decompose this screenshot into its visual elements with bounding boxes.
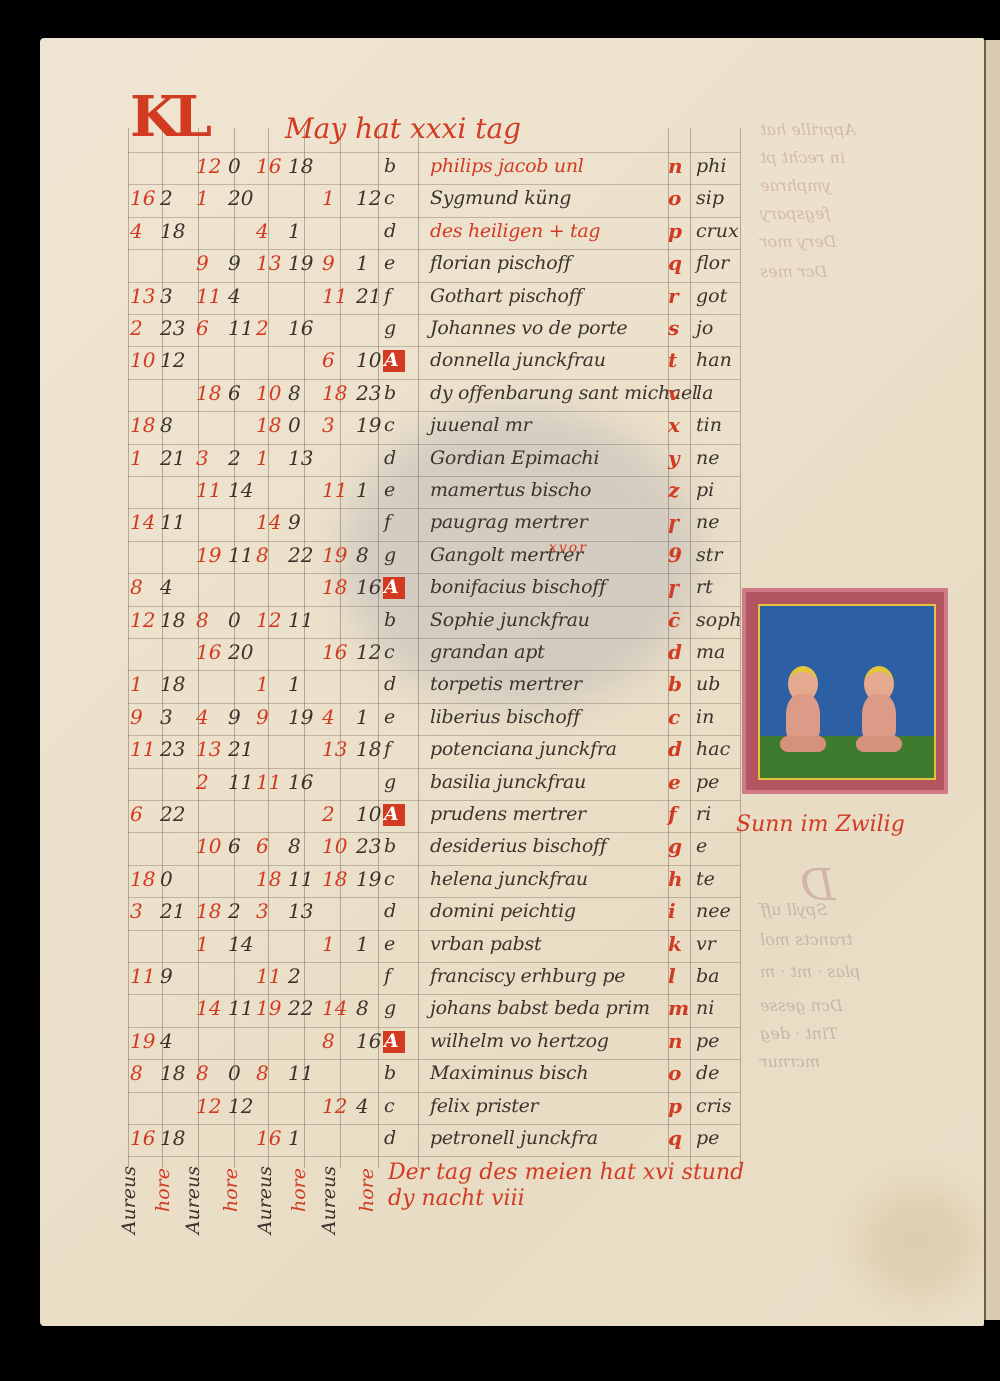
aureus-hora-cell: 9 (288, 510, 301, 534)
calendar-letter: y (668, 446, 680, 470)
aureus-hora-cell: 19 (130, 1029, 155, 1053)
saint-abbreviation: rt (696, 575, 713, 599)
ruling-line (418, 128, 419, 1168)
aureus-hora-cell: 13 (256, 251, 281, 275)
bleed-through-text: Tint · deg (760, 1024, 838, 1043)
aureus-hora-cell: 10 (130, 348, 155, 372)
aureus-hora-cell: 14 (228, 932, 253, 956)
saint-abbreviation: flor (696, 251, 729, 275)
aureus-hora-cell: 9 (196, 251, 209, 275)
calendar-letter: n (668, 1029, 683, 1053)
aureus-hora-cell: 19 (256, 996, 281, 1020)
aureus-hora-cell: 6 (322, 348, 335, 372)
aureus-hora-cell: 14 (196, 996, 221, 1020)
aureus-hora-cell: 16 (322, 640, 347, 664)
saint-abbreviation: la (696, 381, 713, 405)
saint-abbreviation: pi (696, 478, 714, 502)
aureus-hora-cell: 2 (228, 446, 241, 470)
aureus-hora-cell: 18 (160, 1126, 185, 1150)
aureus-hora-cell: 11 (322, 478, 347, 502)
dominical-letter: c (384, 640, 395, 664)
saint-abbreviation: pe (696, 1126, 719, 1150)
dominical-letter: b (384, 154, 396, 178)
saint-abbreviation: cris (696, 1094, 732, 1118)
aureus-hora-cell: 9 (160, 964, 173, 988)
aureus-hora-cell: 13 (288, 899, 313, 923)
saint-feast-entry: basilia junckfrau (430, 770, 586, 794)
calendar-letter: p (668, 219, 682, 243)
aureus-hora-cell: 1 (196, 186, 209, 210)
bleed-through-text: plas · mt · m (760, 962, 860, 981)
aureus-hora-cell: 9 (130, 705, 143, 729)
column-footer-label: Aureus (118, 1166, 140, 1234)
dominical-letter: e (384, 251, 395, 275)
twin-figure-left (780, 666, 826, 766)
aureus-hora-cell: 23 (160, 737, 185, 761)
saint-abbreviation: vr (696, 932, 716, 956)
aureus-hora-cell: 0 (228, 608, 241, 632)
ruling-line (128, 606, 740, 607)
aureus-hora-cell: 16 (356, 575, 381, 599)
saint-abbreviation: ub (696, 672, 720, 696)
aureus-hora-cell: 19 (288, 251, 313, 275)
aureus-hora-cell: 0 (228, 1061, 241, 1085)
aureus-hora-cell: 23 (160, 316, 185, 340)
dominical-letter: d (384, 899, 396, 923)
aureus-hora-cell: 16 (288, 316, 313, 340)
saint-feast-entry: wilhelm vo hertzog (430, 1029, 609, 1053)
bleed-through-text: Dery mor (760, 232, 837, 251)
aureus-hora-cell: 1 (356, 251, 369, 275)
ruling-line (128, 1156, 740, 1157)
calendar-letter: h (668, 867, 683, 891)
aureus-hora-cell: 4 (322, 705, 335, 729)
ruling-line (128, 508, 740, 509)
saint-abbreviation: ne (696, 446, 719, 470)
aureus-hora-cell: 18 (160, 608, 185, 632)
calendar-letter: d (668, 737, 682, 761)
aureus-hora-cell: 2 (322, 802, 335, 826)
aureus-hora-cell: 12 (356, 186, 381, 210)
ruling-line (128, 314, 740, 315)
aureus-hora-cell: 18 (288, 154, 313, 178)
aureus-hora-cell: 11 (160, 510, 185, 534)
dominical-letter: c (384, 186, 395, 210)
aureus-hora-cell: 1 (322, 932, 335, 956)
saint-feast-entry: Gothart pischoff (430, 284, 582, 308)
ruling-line (128, 832, 740, 833)
ruling-line (128, 670, 740, 671)
calendar-letter: p (668, 1094, 682, 1118)
aureus-hora-cell: 11 (288, 867, 313, 891)
column-footer-label: hore (152, 1168, 174, 1212)
calendar-letter: b (668, 672, 682, 696)
dominical-letter: d (384, 446, 396, 470)
aureus-hora-cell: 14 (322, 996, 347, 1020)
aureus-hora-cell: 1 (196, 932, 209, 956)
bleed-through-text: Apprille hat (760, 120, 856, 139)
dominical-letter: e (384, 478, 395, 502)
aureus-hora-cell: 18 (256, 413, 281, 437)
aureus-hora-cell: 8 (160, 413, 173, 437)
ruling-line (128, 346, 740, 347)
saint-feast-entry: des heiligen + tag (430, 219, 600, 243)
aureus-hora-cell: 11 (130, 964, 155, 988)
aureus-hora-cell: 13 (130, 284, 155, 308)
saint-feast-entry: potenciana junckfra (430, 737, 617, 761)
aureus-hora-cell: 16 (130, 1126, 155, 1150)
ruling-line (128, 1092, 740, 1093)
saint-feast-entry: paugrag mertrer (430, 510, 587, 534)
dominical-letter: e (384, 705, 395, 729)
calendar-letter: d (668, 640, 682, 664)
saint-feast-entry: Gordian Epimachi (430, 446, 599, 470)
aureus-hora-cell: 9 (256, 705, 269, 729)
aureus-hora-cell: 18 (322, 575, 347, 599)
aureus-hora-cell: 8 (130, 575, 143, 599)
aureus-hora-cell: 12 (130, 608, 155, 632)
bleed-through-text: ymphrae (760, 176, 831, 195)
calendar-letter: e (668, 770, 681, 794)
calendar-letter: i (668, 899, 676, 923)
aureus-hora-cell: 3 (130, 899, 143, 923)
bleed-through-text: fegspary (760, 204, 830, 223)
dominical-letter: A (384, 1029, 399, 1053)
bleed-through-text: trancts mol (760, 930, 853, 949)
aureus-hora-cell: 12 (256, 608, 281, 632)
aureus-hora-cell: 9 (228, 251, 241, 275)
calendar-letter: o (668, 1061, 681, 1085)
ruling-line (128, 282, 740, 283)
aureus-hora-cell: 10 (322, 834, 347, 858)
saint-feast-entry: donnella junckfrau (430, 348, 606, 372)
saint-feast-entry: bonifacius bischoff (430, 575, 606, 599)
aureus-hora-cell: 6 (228, 381, 241, 405)
day-length-note: Der tag des meien hat xvi stund (388, 1160, 744, 1185)
saint-abbreviation: e (696, 834, 707, 858)
foxing-stain (860, 1188, 980, 1298)
ruling-line (690, 128, 691, 1168)
aureus-hora-cell: 11 (322, 284, 347, 308)
aureus-hora-cell: 11 (196, 478, 221, 502)
aureus-hora-cell: 2 (130, 316, 143, 340)
aureus-hora-cell: 8 (196, 608, 209, 632)
saint-abbreviation: phi (696, 154, 726, 178)
ruling-line (128, 1059, 740, 1060)
aureus-hora-cell: 4 (356, 1094, 369, 1118)
saint-abbreviation: hac (696, 737, 730, 761)
aureus-hora-cell: 0 (228, 154, 241, 178)
aureus-hora-cell: 2 (288, 964, 301, 988)
calendar-letter: ɼ (668, 510, 679, 534)
saint-feast-entry: franciscy erhburg pe (430, 964, 625, 988)
dominical-letter: f (384, 737, 391, 761)
saint-feast-entry: Johannes vo de porte (430, 316, 627, 340)
aureus-hora-cell: 2 (160, 186, 173, 210)
saint-feast-entry: torpetis mertrer (430, 672, 582, 696)
bleed-through-text: in recht pt (760, 148, 845, 167)
dominical-letter: A (384, 575, 399, 599)
saint-abbreviation: te (696, 867, 715, 891)
ruling-line (128, 128, 129, 1168)
saint-abbreviation: pe (696, 770, 719, 794)
aureus-hora-cell: 13 (322, 737, 347, 761)
aureus-hora-cell: 9 (228, 705, 241, 729)
aureus-hora-cell: 1 (356, 478, 369, 502)
saint-feast-entry: Sygmund küng (430, 186, 571, 210)
aureus-hora-cell: 14 (228, 478, 253, 502)
saint-feast-entry: mamertus bischo (430, 478, 591, 502)
aureus-hora-cell: 0 (288, 413, 301, 437)
aureus-hora-cell: 11 (256, 770, 281, 794)
aureus-hora-cell: 4 (228, 284, 241, 308)
aureus-hora-cell: 2 (228, 899, 241, 923)
aureus-hora-cell: 11 (228, 770, 253, 794)
dominical-letter: d (384, 1126, 396, 1150)
dominical-letter: d (384, 672, 396, 696)
aureus-hora-cell: 18 (322, 381, 347, 405)
ruling-line (128, 152, 740, 153)
aureus-hora-cell: 8 (196, 1061, 209, 1085)
calendar-letter: r (668, 284, 679, 308)
aureus-hora-cell: 3 (256, 899, 269, 923)
aureus-hora-cell: 4 (160, 575, 173, 599)
calendar-letter: z (668, 478, 679, 502)
miniature-panel (758, 604, 936, 780)
saint-abbreviation: got (696, 284, 727, 308)
calendar-letter: ɼ (668, 575, 679, 599)
dominical-letter: g (384, 316, 396, 340)
twin-figure-right (856, 666, 902, 766)
saint-feast-entry: liberius bischoff (430, 705, 580, 729)
calendar-letter: q (668, 1126, 682, 1150)
aureus-hora-cell: 12 (196, 1094, 221, 1118)
saint-abbreviation: han (696, 348, 732, 372)
dominical-letter: d (384, 219, 396, 243)
dominical-letter: e (384, 932, 395, 956)
aureus-hora-cell: 1 (288, 1126, 301, 1150)
calendar-letter: o (668, 186, 681, 210)
dominical-letter: g (384, 543, 396, 567)
aureus-hora-cell: 12 (356, 640, 381, 664)
aureus-hora-cell: 10 (356, 802, 381, 826)
aureus-hora-cell: 1 (288, 672, 301, 696)
ruling-line (128, 703, 740, 704)
saint-abbreviation: in (696, 705, 714, 729)
bleed-through-text: mcrnur (760, 1052, 820, 1071)
aureus-hora-cell: 8 (288, 381, 301, 405)
calendar-letter: x (668, 413, 680, 437)
aureus-hora-cell: 11 (228, 543, 253, 567)
aureus-hora-cell: 18 (130, 867, 155, 891)
ruling-line (128, 217, 740, 218)
aureus-hora-cell: 20 (228, 640, 253, 664)
aureus-hora-cell: 8 (256, 543, 269, 567)
aureus-hora-cell: 18 (196, 381, 221, 405)
calendar-letter: q (668, 251, 682, 275)
saint-feast-entry: domini peichtig (430, 899, 576, 923)
ruling-line (128, 800, 740, 801)
bleed-through-initial: D (800, 860, 835, 911)
aureus-hora-cell: 19 (356, 867, 381, 891)
saint-abbreviation: soph (696, 608, 742, 632)
aureus-hora-cell: 21 (356, 284, 381, 308)
saint-feast-entry: helena junckfrau (430, 867, 588, 891)
ruling-line (128, 994, 740, 995)
aureus-hora-cell: 16 (196, 640, 221, 664)
ruling-line (128, 897, 740, 898)
calendar-letter: 9 (668, 543, 682, 567)
aureus-hora-cell: 21 (160, 899, 185, 923)
saint-abbreviation: str (696, 543, 722, 567)
ruling-line (128, 638, 740, 639)
calendar-letter: n (668, 154, 683, 178)
aureus-hora-cell: 10 (256, 381, 281, 405)
aureus-hora-cell: 16 (288, 770, 313, 794)
saint-abbreviation: ba (696, 964, 720, 988)
night-length-note: dy nacht viii (388, 1186, 525, 1211)
aureus-hora-cell: 18 (356, 737, 381, 761)
calendar-letter: c̄ (668, 608, 680, 632)
aureus-hora-cell: 11 (228, 316, 253, 340)
saint-feast-entry: dy offenbarung sant michael (430, 381, 698, 405)
aureus-hora-cell: 21 (160, 446, 185, 470)
aureus-hora-cell: 11 (256, 964, 281, 988)
aureus-hora-cell: 18 (160, 1061, 185, 1085)
saint-feast-entry: felix prister (430, 1094, 538, 1118)
ruling-line (128, 249, 740, 250)
aureus-hora-cell: 1 (256, 446, 269, 470)
aureus-hora-cell: 22 (288, 543, 313, 567)
aureus-hora-cell: 8 (322, 1029, 335, 1053)
aureus-hora-cell: 18 (160, 219, 185, 243)
saint-feast-entry: Maximinus bisch (430, 1061, 588, 1085)
aureus-hora-cell: 2 (196, 770, 209, 794)
column-footer-label: hore (356, 1168, 378, 1212)
aureus-hora-cell: 1 (256, 672, 269, 696)
month-title: May hat xxxi tag (285, 112, 521, 145)
aureus-hora-cell: 23 (356, 834, 381, 858)
aureus-hora-cell: 19 (288, 705, 313, 729)
column-footer-label: Aureus (254, 1166, 276, 1234)
aureus-hora-cell: 14 (256, 510, 281, 534)
aureus-hora-cell: 11 (228, 996, 253, 1020)
saint-abbreviation: de (696, 1061, 719, 1085)
saint-feast-entry: juuenal mr (430, 413, 531, 437)
calendar-letter: g (668, 834, 682, 858)
dominical-letter: g (384, 996, 396, 1020)
dominical-letter: g (384, 770, 396, 794)
aureus-hora-cell: 18 (130, 413, 155, 437)
dominical-letter: b (384, 834, 396, 858)
calendar-letter: v (668, 381, 680, 405)
gemini-miniature (742, 588, 948, 794)
aureus-hora-cell: 19 (322, 543, 347, 567)
dominical-letter: b (384, 608, 396, 632)
zodiac-caption: Sunn im Zwilig (736, 812, 905, 837)
aureus-hora-cell: 1 (288, 219, 301, 243)
aureus-hora-cell: 1 (356, 705, 369, 729)
ruling-line (128, 930, 740, 931)
ruling-line (128, 735, 740, 736)
aureus-hora-cell: 16 (356, 1029, 381, 1053)
ruling-line (128, 1124, 740, 1125)
aureus-hora-cell: 3 (160, 705, 173, 729)
aureus-hora-cell: 4 (196, 705, 209, 729)
aureus-hora-cell: 22 (288, 996, 313, 1020)
aureus-hora-cell: 6 (256, 834, 269, 858)
dominical-letter: c (384, 413, 395, 437)
aureus-hora-cell: 0 (160, 867, 173, 891)
calendar-letter: f (668, 802, 677, 826)
dominical-letter: f (384, 964, 391, 988)
aureus-hora-cell: 16 (130, 186, 155, 210)
aureus-hora-cell: 12 (322, 1094, 347, 1118)
aureus-hora-cell: 1 (130, 446, 143, 470)
saint-feast-entry: desiderius bischoff (430, 834, 607, 858)
saint-abbreviation: nee (696, 899, 731, 923)
aureus-hora-cell: 20 (228, 186, 253, 210)
aureus-hora-cell: 6 (196, 316, 209, 340)
calendar-letter: m (668, 996, 689, 1020)
ruling-line (128, 411, 740, 412)
column-footer-label: Aureus (318, 1166, 340, 1234)
aureus-hora-cell: 13 (288, 446, 313, 470)
aureus-hora-cell: 8 (130, 1061, 143, 1085)
saint-feast-entry: Sophie junckfrau (430, 608, 590, 632)
aureus-hora-cell: 3 (196, 446, 209, 470)
dominical-letter: b (384, 1061, 396, 1085)
ruling-line (128, 541, 740, 542)
aureus-hora-cell: 10 (356, 348, 381, 372)
saint-feast-entry: prudens mertrer (430, 802, 586, 826)
aureus-hora-cell: 14 (130, 510, 155, 534)
aureus-hora-cell: 4 (256, 219, 269, 243)
ruling-line (128, 476, 740, 477)
calendar-letter: t (668, 348, 677, 372)
ruling-line (128, 962, 740, 963)
aureus-hora-cell: 1 (130, 672, 143, 696)
saint-abbreviation: tin (696, 413, 722, 437)
ruling-line (128, 1027, 740, 1028)
aureus-hora-cell: 8 (256, 1061, 269, 1085)
saint-abbreviation: ri (696, 802, 711, 826)
aureus-hora-cell: 19 (356, 413, 381, 437)
aureus-hora-cell: 18 (256, 867, 281, 891)
aureus-hora-cell: 1 (322, 186, 335, 210)
calendar-letter: s (668, 316, 679, 340)
aureus-hora-cell: 1 (356, 932, 369, 956)
aureus-hora-cell: 19 (196, 543, 221, 567)
ruling-line (128, 444, 740, 445)
aureus-hora-cell: 6 (228, 834, 241, 858)
calendar-letter: k (668, 932, 682, 956)
column-footer-label: hore (220, 1168, 242, 1212)
saint-abbreviation: ni (696, 996, 714, 1020)
aureus-hora-cell: 18 (160, 672, 185, 696)
aureus-hora-cell: 11 (196, 284, 221, 308)
aureus-hora-cell: 11 (288, 1061, 313, 1085)
marginal-note: xvor (549, 540, 588, 556)
dominical-letter: A (384, 348, 399, 372)
next-page-edge (984, 40, 1000, 1320)
dominical-letter: f (384, 284, 391, 308)
column-footer-label: Aureus (182, 1166, 204, 1234)
aureus-hora-cell: 13 (196, 737, 221, 761)
dominical-letter: c (384, 867, 395, 891)
ruling-line (128, 379, 740, 380)
column-footer-label: hore (288, 1168, 310, 1212)
